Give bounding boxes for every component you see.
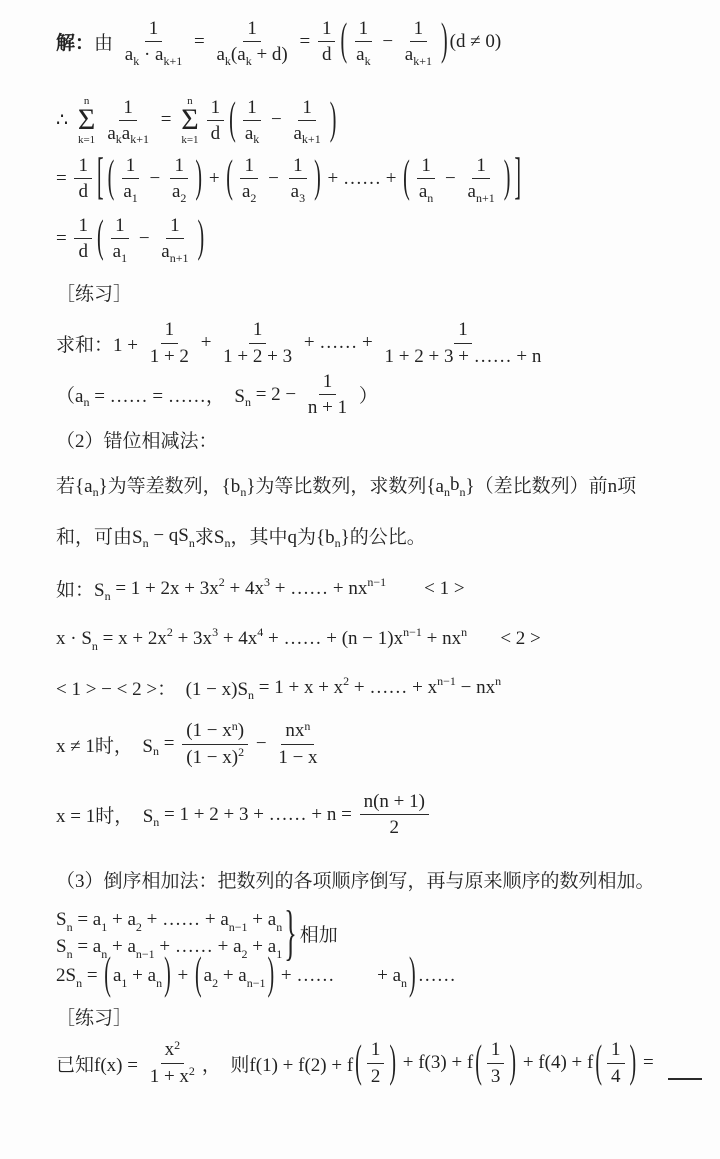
subscript: 1: [276, 948, 282, 960]
summation: nΣk=1: [181, 95, 198, 147]
numerator: 1: [487, 1039, 505, 1063]
numerator: 1: [243, 18, 261, 42]
text-run: 4: [257, 626, 263, 638]
text-run: n: [92, 640, 98, 652]
numerator: 1: [243, 97, 261, 121]
text-run: −: [134, 228, 154, 250]
superscript: 2: [343, 675, 349, 687]
numerator: 1: [166, 215, 184, 239]
text-run: k: [116, 133, 122, 145]
text-run: k: [225, 55, 231, 67]
text-run: + 4x: [218, 628, 257, 650]
subscript: n: [248, 689, 254, 701]
text-run: S: [56, 909, 67, 931]
superscript: n: [232, 720, 238, 732]
denominator: a3: [287, 179, 309, 202]
text-run: （a: [56, 381, 83, 408]
text-run: 3: [299, 192, 305, 204]
text-run: n: [67, 921, 73, 933]
big-bracket-icon: ]: [514, 150, 521, 209]
text-run: 1: [359, 18, 369, 39]
text-run: · a: [139, 44, 163, 65]
text-run: + a: [218, 965, 247, 987]
denominator: ak: [352, 42, 374, 65]
subscript: 2: [212, 977, 218, 989]
text-run: 和，可由S: [56, 522, 143, 549]
text-run: 1: [165, 319, 175, 340]
text-run: 1: [174, 155, 184, 176]
text-run: 2: [371, 1066, 381, 1087]
fraction: 1n + 1: [304, 371, 351, 419]
denominator: akak+1: [103, 121, 153, 144]
numerator: 1: [111, 215, 129, 239]
formula-line: 求和：1 + 11 + 2 + 11 + 2 + 3 + …… + 11 + 2…: [56, 319, 702, 367]
text-run: = …… = ……， S: [89, 381, 245, 408]
text-run: 1: [458, 319, 468, 340]
superscript: n−1: [437, 675, 456, 687]
text-run: + 4x: [225, 578, 264, 600]
denominator: a2: [238, 179, 260, 202]
numerator: 1: [367, 1039, 385, 1063]
denominator: ak+1: [401, 42, 436, 65]
big-paren-icon: ): [409, 950, 416, 1002]
text-run: − nx: [456, 677, 495, 699]
text-run: 1: [421, 155, 431, 176]
subscript: 2: [242, 948, 248, 960]
text-run: + 3x: [173, 628, 212, 650]
text-run: n(n + 1): [364, 791, 425, 812]
subscript: n: [153, 816, 159, 828]
text-run: n: [461, 626, 467, 638]
text-run: = 1 + x + x: [254, 677, 343, 699]
denominator: 1 − x: [274, 745, 321, 768]
text-run: 求S: [195, 522, 225, 549]
subscript: n: [444, 486, 450, 498]
big-paren-icon: ): [268, 950, 275, 1002]
denominator: a2: [168, 179, 190, 202]
numerator: 1: [417, 155, 435, 179]
text-run: k: [365, 55, 371, 67]
text-run: +: [173, 965, 193, 987]
denominator: (1 − x)2: [182, 745, 248, 768]
text-run: n: [444, 486, 450, 498]
text-run: =: [638, 1052, 658, 1074]
text-run: x = 1时， S: [56, 801, 153, 828]
system-brace-icon: }: [284, 899, 296, 970]
text-run: ……: [418, 965, 456, 987]
denominator: an+1: [157, 239, 192, 262]
text-run: a: [293, 123, 301, 144]
text-run: 1 + 2: [150, 346, 189, 367]
formula-line: ［练习］: [56, 1003, 702, 1030]
subscript: n+1: [476, 192, 495, 204]
text-run: n: [245, 396, 251, 408]
text-run: 1: [371, 1039, 381, 1060]
superscript: 2: [167, 626, 173, 638]
subscript: k: [225, 55, 231, 67]
text-run: n: [460, 486, 466, 498]
subscript: 2: [250, 192, 256, 204]
text-run: a: [161, 241, 169, 262]
text-run: 解：: [56, 33, 94, 54]
subscript: n+1: [170, 252, 189, 264]
text-run: 3: [212, 626, 218, 638]
text-run: k: [246, 55, 252, 67]
text-run: 3: [491, 1066, 501, 1087]
subscript: n: [460, 486, 466, 498]
fraction: 12: [367, 1039, 385, 1087]
numerator: 1: [454, 319, 472, 343]
text-run: k: [133, 55, 139, 67]
numerator: 1: [298, 97, 316, 121]
denominator: ak: [241, 121, 263, 144]
text-run: k+1: [130, 133, 149, 145]
text-run: n: [67, 948, 73, 960]
big-paren-icon: ): [330, 94, 337, 146]
text-run: a: [242, 181, 250, 202]
numerator: 1: [472, 155, 490, 179]
formula-line: x ≠ 1时， Sn = (1 − xn)(1 − x)2 − nxn1 − x: [56, 720, 702, 768]
fraction: 1akak+1: [103, 97, 153, 145]
formula-line: x = 1时， Sn = 1 + 2 + 3 + …… + n = n(n + …: [56, 791, 702, 839]
text-run: 2: [212, 977, 218, 989]
text-run: n: [143, 537, 149, 549]
text-run: n+1: [170, 252, 189, 264]
text-run: + …… +: [323, 168, 401, 190]
subscript: 2: [180, 192, 186, 204]
sum-lower-limit: k=1: [78, 134, 95, 147]
text-run: = 1 + 2 + 3 + …… + n =: [159, 804, 356, 826]
subscript: 1: [132, 192, 138, 204]
text-run: n: [153, 816, 159, 828]
numerator: 1: [240, 155, 258, 179]
text-run: 求和：1 +: [56, 330, 143, 357]
big-paren-icon: (: [229, 94, 236, 146]
text-run: n: [93, 486, 99, 498]
fraction: 1d: [318, 18, 336, 66]
big-paren-icon: (: [97, 213, 104, 265]
text-run: 1: [78, 155, 88, 176]
text-run: 1: [276, 948, 282, 960]
text-run: a: [107, 123, 115, 144]
denominator: 1 + 2: [146, 344, 193, 367]
subscript: k: [253, 133, 259, 145]
text-run: ， 则f(1) + f(2) + f: [202, 1050, 353, 1077]
fraction: 1ak+1: [401, 18, 436, 66]
text-run: n−1: [367, 576, 386, 588]
text-run: 1: [126, 155, 136, 176]
text-run: + …… + x: [349, 677, 437, 699]
formula-line: （an = …… = ……， Sn = 2 − 1n + 1 ）: [56, 371, 702, 419]
text-run: k=1: [181, 134, 198, 147]
subscript: n: [189, 537, 195, 549]
text-run: 1 + 2 + 3 + …… + n: [385, 346, 542, 367]
text-run: a: [113, 965, 121, 987]
denominator: 1 + 2 + 3: [219, 344, 296, 367]
text-run: 1: [121, 977, 127, 989]
formula-line: （3）倒序相加法：把数列的各项顺序倒写，再与原来顺序的数列相加。: [56, 866, 702, 893]
text-run: k=1: [78, 134, 95, 147]
denominator: ak · ak+1: [121, 42, 186, 65]
fraction: (1 − xn)(1 − x)2: [182, 720, 248, 768]
text-run: n: [156, 977, 162, 989]
subscript: n: [76, 977, 82, 989]
text-run: (a: [231, 44, 246, 65]
subscript: n: [401, 977, 407, 989]
text-run: ∴: [56, 109, 73, 132]
formula-line: 2Sn = (a1 + an) + (a2 + an−1) + …… + an)…: [56, 964, 702, 987]
sigma-icon: Σ: [181, 107, 198, 133]
superscript: 4: [257, 626, 263, 638]
text-run: b: [450, 474, 460, 496]
fraction: 1ak: [241, 97, 263, 145]
text-run: + nx: [422, 628, 461, 650]
big-paren-icon: (: [475, 1037, 482, 1089]
text-run: 1: [101, 921, 107, 933]
numerator: x2: [161, 1039, 185, 1063]
text-run: n: [232, 720, 238, 732]
text-run: 4: [611, 1066, 621, 1087]
formula-line: ∴ nΣk=11akak+1 = nΣk=11d(1ak − 1ak+1): [56, 95, 702, 147]
text-run: ）: [354, 381, 378, 408]
fraction: 1a2: [238, 155, 260, 203]
text-run: a: [172, 181, 180, 202]
fraction: 1an+1: [157, 215, 192, 263]
text-run: k+1: [163, 55, 182, 67]
numerator: 1: [145, 18, 163, 42]
denominator: 1 + 2 + 3 + …… + n: [381, 344, 546, 367]
fraction: 11 + 2 + 3: [219, 319, 296, 367]
text-run: ［练习］: [56, 279, 132, 306]
fraction: 1ak+1: [289, 97, 324, 145]
text-run: = x + 2x: [98, 628, 167, 650]
text-run: a: [113, 241, 121, 262]
subscript: n: [67, 921, 73, 933]
text-run: 2: [167, 626, 173, 638]
text-run: a: [122, 123, 130, 144]
subscript: n: [153, 745, 159, 757]
subscript: k+1: [413, 55, 432, 67]
subscript: n: [427, 192, 433, 204]
numerator: 1: [119, 97, 137, 121]
big-paren-icon: (: [108, 153, 115, 205]
text-run: −: [440, 168, 460, 190]
text-run: n: [224, 537, 230, 549]
subscript: n: [93, 486, 99, 498]
text-run: d: [78, 241, 88, 262]
fraction: 1ak · ak+1: [121, 18, 186, 66]
equation-system: Sn = a1 + a2 + …… + an−1 + anSn = an + a…: [56, 909, 702, 958]
text-run: }（差比数列）前n项: [466, 471, 637, 498]
text-run: 2S: [56, 965, 76, 987]
text-run: < 2 >: [467, 628, 541, 650]
text-run: n: [105, 590, 111, 602]
subscript: n−1: [247, 977, 266, 989]
text-run: =: [56, 228, 71, 250]
denominator: ak+1: [289, 121, 324, 144]
text-run: + …… +: [299, 332, 377, 354]
numerator: 1: [607, 1039, 625, 1063]
numerator: 1: [170, 155, 188, 179]
subscript: n−1: [229, 921, 248, 933]
summation: nΣk=1: [78, 95, 95, 147]
text-run: 2: [390, 817, 400, 838]
text-run: 1: [322, 18, 332, 39]
text-run: + …… + a: [142, 909, 229, 931]
document-page: 解：由 1ak · ak+1 = 1ak(ak + d) = 1d(1ak − …: [0, 0, 720, 1159]
text-run: + f(4) + f: [518, 1052, 593, 1074]
text-run: 由: [94, 28, 118, 55]
text-run: − qS: [149, 525, 189, 547]
sum-lower-limit: k=1: [181, 134, 198, 147]
text-run: 1: [611, 1039, 621, 1060]
text-run: = a: [73, 936, 102, 958]
denominator: an+1: [464, 179, 499, 202]
superscript: 2: [189, 1065, 195, 1077]
bold-text: 解：: [56, 28, 94, 55]
text-run: d: [211, 123, 221, 144]
superscript: n: [304, 720, 310, 732]
text-run: −: [266, 109, 286, 131]
denominator: 2: [386, 815, 404, 838]
text-run: n: [335, 537, 341, 549]
numerator: 1: [289, 155, 307, 179]
superscript: n−1: [367, 576, 386, 588]
text-run: （3）倒序相加法：把数列的各项顺序倒写，再与原来顺序的数列相加。: [56, 866, 655, 893]
text-run: }为等差数列，{b: [99, 471, 241, 498]
text-run: 2: [174, 1039, 180, 1051]
text-run: 1: [247, 97, 257, 118]
fraction: n(n + 1)2: [360, 791, 429, 839]
text-run: n: [427, 192, 433, 204]
denominator: d: [74, 179, 92, 202]
text-run: (d ≠ 0): [450, 31, 502, 53]
text-run: a: [405, 44, 413, 65]
math-notes-content: 解：由 1ak · ak+1 = 1ak(ak + d) = 1d(1ak − …: [56, 18, 702, 1087]
text-run: = 1 + 2x + 3x: [111, 578, 219, 600]
text-run: a: [356, 44, 364, 65]
formula-line: < 1 > − < 2 >： (1 − x)Sn = 1 + x + x2 + …: [56, 674, 702, 701]
answer-blank: [668, 1078, 702, 1080]
system-equation: Sn = a1 + a2 + …… + an−1 + an: [56, 909, 282, 931]
text-run: 如：S: [56, 575, 105, 602]
text-run: d: [78, 181, 88, 202]
subscript: 1: [121, 252, 127, 264]
text-run: }的公比。: [341, 522, 426, 549]
text-run: n−1: [403, 626, 422, 638]
formula-line: 和，可由Sn − qSn求Sn，其中q为{bn}的公比。: [56, 522, 702, 549]
text-run: n−1: [229, 921, 248, 933]
text-run: d: [322, 44, 332, 65]
formula-line: 已知f(x) = x21 + x2， 则f(1) + f(2) + f(12) …: [56, 1039, 702, 1087]
superscript: n: [461, 626, 467, 638]
text-run: 1: [149, 18, 159, 39]
text-run: =: [56, 168, 71, 190]
fraction: 1a1: [109, 215, 131, 263]
text-run: + a: [127, 965, 156, 987]
big-paren-icon: ): [441, 16, 448, 68]
subscript: 1: [101, 921, 107, 933]
denominator: ak(ak + d): [212, 42, 291, 65]
text-run: n: [401, 977, 407, 989]
text-run: n + 1: [308, 397, 347, 418]
subscript: n: [143, 537, 149, 549]
text-run: 1: [253, 319, 263, 340]
big-paren-icon: ): [389, 1037, 396, 1089]
denominator: n + 1: [304, 395, 351, 418]
formula-line: 如：Sn = 1 + 2x + 3x2 + 4x3 + …… + nxn−1 <…: [56, 575, 702, 602]
text-run: n−1: [247, 977, 266, 989]
big-paren-icon: ): [314, 153, 321, 205]
text-run: x ≠ 1时， S: [56, 731, 153, 758]
denominator: 2: [367, 1064, 385, 1087]
text-run: 1: [323, 371, 333, 392]
text-run: k: [253, 133, 259, 145]
text-run: 若{a: [56, 471, 93, 498]
text-run: n: [248, 689, 254, 701]
text-run: = 2 −: [251, 384, 301, 406]
text-run: =: [159, 733, 179, 755]
subscript: n−1: [136, 948, 155, 960]
text-run: 1: [293, 155, 303, 176]
subscript: k+1: [163, 55, 182, 67]
text-run: S: [56, 936, 67, 958]
numerator: nxn: [281, 720, 314, 744]
big-paren-icon: ): [509, 1037, 516, 1089]
numerator: n(n + 1): [360, 791, 429, 815]
big-paren-icon: (: [595, 1037, 602, 1089]
formula-line: （2）错位相减法：: [56, 426, 702, 453]
text-run: + a: [248, 909, 277, 931]
subscript: n: [276, 921, 282, 933]
fraction: 1d: [74, 155, 92, 203]
text-run: + f(3) + f: [398, 1052, 473, 1074]
subscript: n: [240, 486, 246, 498]
big-paren-icon: (: [403, 153, 410, 205]
text-run: −: [251, 733, 271, 755]
text-run: =: [295, 31, 315, 53]
text-run: a: [123, 181, 131, 202]
text-run: a: [468, 181, 476, 202]
text-run: k+1: [302, 133, 321, 145]
superscript: 3: [264, 576, 270, 588]
text-run: n+1: [476, 192, 495, 204]
subscript: n: [105, 590, 111, 602]
text-run: 1: [115, 215, 125, 236]
subscript: n: [224, 537, 230, 549]
fraction: nxn1 − x: [274, 720, 321, 768]
sigma-icon: Σ: [78, 107, 95, 133]
denominator: an: [415, 179, 437, 202]
formula-line: 若{an}为等差数列，{bn}为等比数列，求数列{anbn}（差比数列）前n项: [56, 471, 702, 498]
text-run: + a: [107, 936, 136, 958]
big-paren-icon: ): [630, 1037, 637, 1089]
text-run: < 1 >: [386, 578, 464, 600]
text-run: a: [125, 44, 133, 65]
subscript: k: [246, 55, 252, 67]
text-run: a: [245, 123, 253, 144]
text-run: =: [156, 109, 176, 131]
text-run: (1 − x: [186, 720, 232, 741]
fraction: 1d: [74, 215, 92, 263]
text-run: }为等比数列，求数列{a: [246, 471, 444, 498]
denominator: a1: [109, 239, 131, 262]
text-run: k+1: [413, 55, 432, 67]
fraction: 13: [487, 1039, 505, 1087]
text-run: (1 − x): [186, 747, 238, 768]
superscript: n: [495, 675, 501, 687]
subscript: n: [83, 396, 89, 408]
